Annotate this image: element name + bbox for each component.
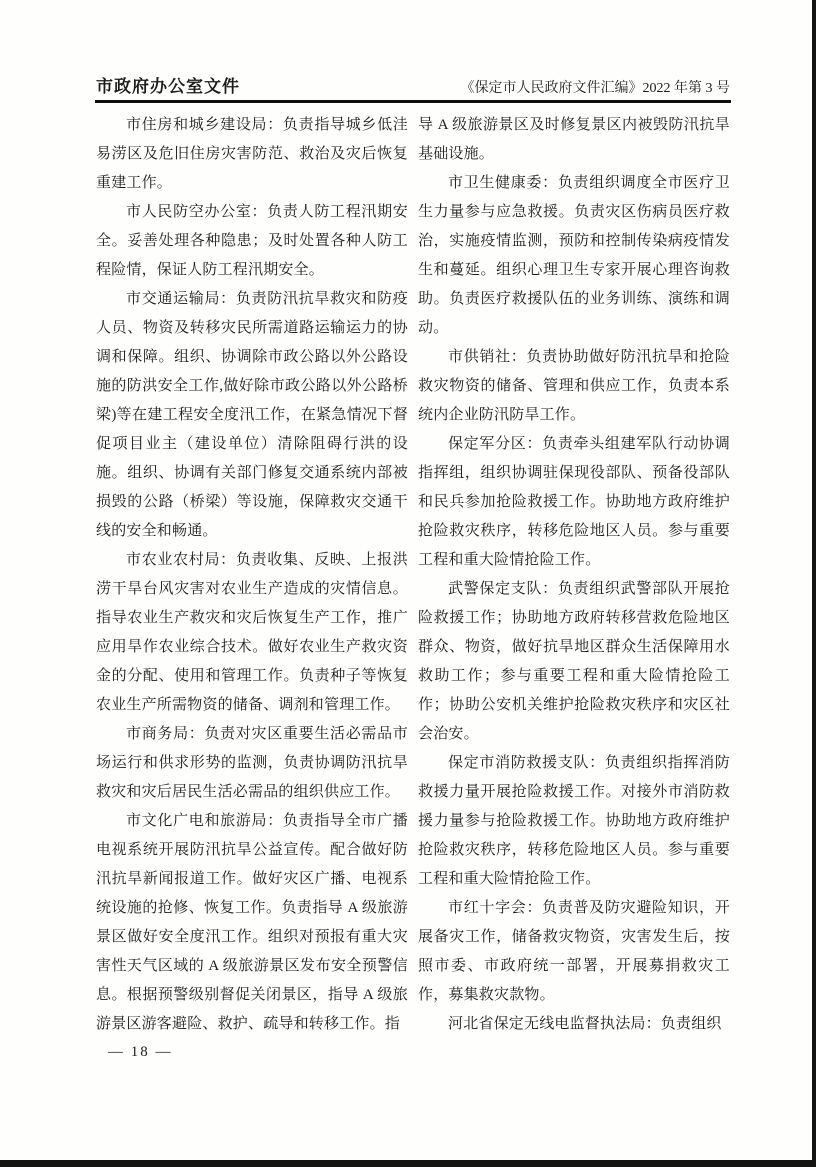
right-column: 导 A 级旅游景区及时修复景区内被毁防汛抗旱基础设施。 市卫生健康委：负责组织调…: [418, 111, 730, 1039]
header-divider: [95, 100, 731, 103]
doc-type-label: 市政府办公室文件: [96, 72, 240, 97]
document-page: 市政府办公室文件 《保定市人民政府文件汇编》2022 年第 3 号 市住房和城乡…: [0, 0, 816, 1167]
paragraph-commerce-bureau: 市商务局：负责对灾区重要生活必需品市场运行和供求形势的监测，负责协调防汛抗旱救灾…: [96, 720, 408, 807]
paragraph-health-commission: 市卫生健康委：负责组织调度全市医疗卫生力量参与应急救援。负责灾区伤病员医疗救治，…: [418, 169, 730, 343]
scan-edge-right: [812, 0, 816, 1167]
page-header: 市政府办公室文件 《保定市人民政府文件汇编》2022 年第 3 号: [96, 72, 730, 97]
page-footer: — 18 —: [108, 1044, 173, 1061]
paragraph-red-cross: 市红十字会：负责普及防灾避险知识，开展备灾工作，储备救灾物资，灾害发生后，按照市…: [418, 894, 730, 1010]
left-column: 市住房和城乡建设局：负责指导城乡低洼易涝区及危旧住房灾害防范、救治及灾后恢复重建…: [96, 111, 408, 1039]
paragraph-radio-regulatory-bureau: 河北省保定无线电监督执法局：负责组织: [418, 1010, 730, 1039]
paragraph-military-subdistrict: 保定军分区：负责牵头组建军队行动协调指挥组，组织协调驻保现役部队、预备役部队和民…: [418, 430, 730, 575]
paragraph-supply-marketing-coop: 市供销社：负责协助做好防汛抗旱和抢险救灾物资的储备、管理和供应工作，负责本系统内…: [418, 343, 730, 430]
paragraph-transport-bureau: 市交通运输局：负责防汛抗旱救灾和防疫人员、物资及转移灾民所需道路运输运力的协调和…: [96, 285, 408, 546]
page-number: — 18 —: [108, 1044, 173, 1060]
compilation-label: 《保定市人民政府文件汇编》2022 年第 3 号: [461, 77, 731, 97]
paragraph-armed-police-detachment: 武警保定支队：负责组织武警部队开展抢险救援工作；协助地方政府转移营救危险地区群众…: [418, 575, 730, 749]
paragraph-housing-bureau: 市住房和城乡建设局：负责指导城乡低洼易涝区及危旧住房灾害防范、救治及灾后恢复重建…: [96, 111, 408, 198]
paragraph-civil-defense-office: 市人民防空办公室：负责人防工程汛期安全。妥善处理各种隐患；及时处置各种人防工程险…: [96, 198, 408, 285]
paragraph-agriculture-bureau: 市农业农村局：负责收集、反映、上报洪涝干旱台风灾害对农业生产造成的灾情信息。指导…: [96, 546, 408, 720]
scan-edge-bottom: [0, 1160, 816, 1167]
paragraph-culture-tourism-continued: 导 A 级旅游景区及时修复景区内被毁防汛抗旱基础设施。: [418, 111, 730, 169]
paragraph-culture-tourism-bureau: 市文化广电和旅游局：负责指导全市广播电视系统开展防汛抗旱公益宣传。配合做好防汛抗…: [96, 807, 408, 1039]
document-body: 市住房和城乡建设局：负责指导城乡低洼易涝区及危旧住房灾害防范、救治及灾后恢复重建…: [96, 111, 730, 1039]
paragraph-fire-rescue-detachment: 保定市消防救援支队：负责组织指挥消防救援力量开展抢险救援工作。对接外市消防救援力…: [418, 749, 730, 894]
